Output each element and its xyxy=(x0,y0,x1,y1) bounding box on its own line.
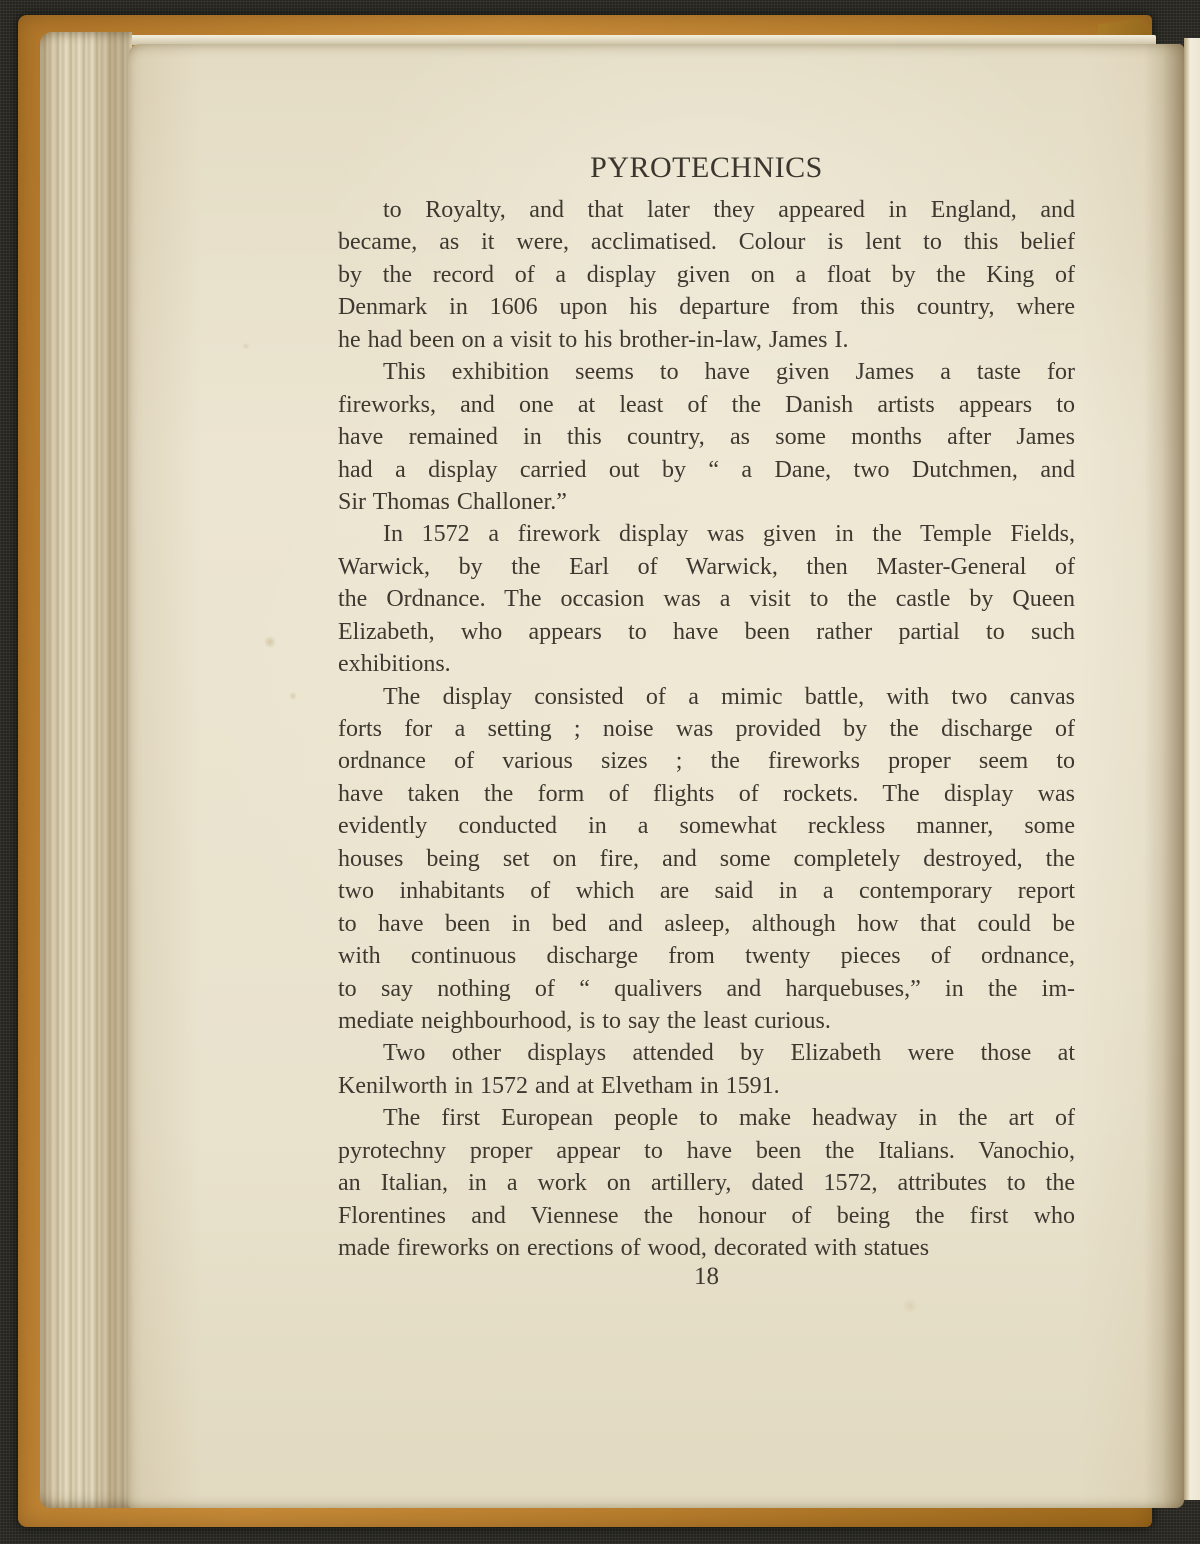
text-line: have taken the form of flights of rocket… xyxy=(338,778,1075,810)
text-line: the Ordnance. The occasion was a visit t… xyxy=(338,583,1075,615)
text-line: fireworks, and one at least of the Danis… xyxy=(338,389,1075,421)
book-page: PYROTECHNICS to Royalty, and that later … xyxy=(128,44,1184,1508)
text-line: by the record of a display given on a fl… xyxy=(338,259,1075,291)
text-line: pyrotechny proper appear to have been th… xyxy=(338,1135,1075,1167)
text-line: two inhabitants of which are said in a c… xyxy=(338,875,1075,907)
text-line: have remained in this country, as some m… xyxy=(338,421,1075,453)
text-line: ordnance of various sizes ; the firework… xyxy=(338,745,1075,777)
text-line: The display consisted of a mimic battle,… xyxy=(338,681,1075,713)
paragraph: to Royalty, and that later they appeared… xyxy=(338,194,1075,356)
text-line: In 1572 a firework display was given in … xyxy=(338,518,1075,550)
text-line: to have been in bed and asleep, although… xyxy=(338,908,1075,940)
text-line: mediate neighbourhood, is to say the lea… xyxy=(338,1005,1075,1037)
text-line: had a display carried out by “ a Dane, t… xyxy=(338,454,1075,486)
body-text: to Royalty, and that later they appeared… xyxy=(338,194,1075,1264)
text-line: with continuous discharge from twenty pi… xyxy=(338,940,1075,972)
book-photo: PYROTECHNICS to Royalty, and that later … xyxy=(0,0,1200,1544)
page-fore-edges xyxy=(40,32,132,1508)
text-line: Sir Thomas Challoner.” xyxy=(338,486,1075,518)
text-line: evidently conducted in a somewhat reckle… xyxy=(338,810,1075,842)
paragraph: In 1572 a firework display was given in … xyxy=(338,518,1075,680)
text-line: forts for a setting ; noise was provided… xyxy=(338,713,1075,745)
paragraph: The display consisted of a mimic battle,… xyxy=(338,681,1075,1038)
facing-page-edge xyxy=(1184,38,1200,1500)
text-line: Warwick, by the Earl of Warwick, then Ma… xyxy=(338,551,1075,583)
text-line: an Italian, in a work on artillery, date… xyxy=(338,1167,1075,1199)
text-line: Denmark in 1606 upon his departure from … xyxy=(338,291,1075,323)
text-line: houses being set on fire, and some compl… xyxy=(338,843,1075,875)
text-line: This exhibition seems to have given Jame… xyxy=(338,356,1075,388)
page-number: 18 xyxy=(338,1262,1075,1292)
text-line: became, as it were, acclimatised. Colour… xyxy=(338,226,1075,258)
paragraph: The first European people to make headwa… xyxy=(338,1102,1075,1264)
text-line: he had been on a visit to his brother-in… xyxy=(338,324,1075,356)
text-line: to Royalty, and that later they appeared… xyxy=(338,194,1075,226)
paragraph: Two other displays attended by Elizabeth… xyxy=(338,1037,1075,1102)
text-line: to say nothing of “ qualivers and harque… xyxy=(338,973,1075,1005)
text-line: The first European people to make headwa… xyxy=(338,1102,1075,1134)
text-line: exhibitions. xyxy=(338,648,1075,680)
running-head: PYROTECHNICS xyxy=(338,153,1075,183)
text-line: Kenilworth in 1572 and at Elvetham in 15… xyxy=(338,1070,1075,1102)
text-line: made fireworks on erections of wood, dec… xyxy=(338,1232,1075,1264)
text-line: Elizabeth, who appears to have been rath… xyxy=(338,616,1075,648)
text-line: Florentines and Viennese the honour of b… xyxy=(338,1200,1075,1232)
page-edge-shadow xyxy=(1144,44,1184,1508)
text-line: Two other displays attended by Elizabeth… xyxy=(338,1037,1075,1069)
paragraph: This exhibition seems to have given Jame… xyxy=(338,356,1075,518)
